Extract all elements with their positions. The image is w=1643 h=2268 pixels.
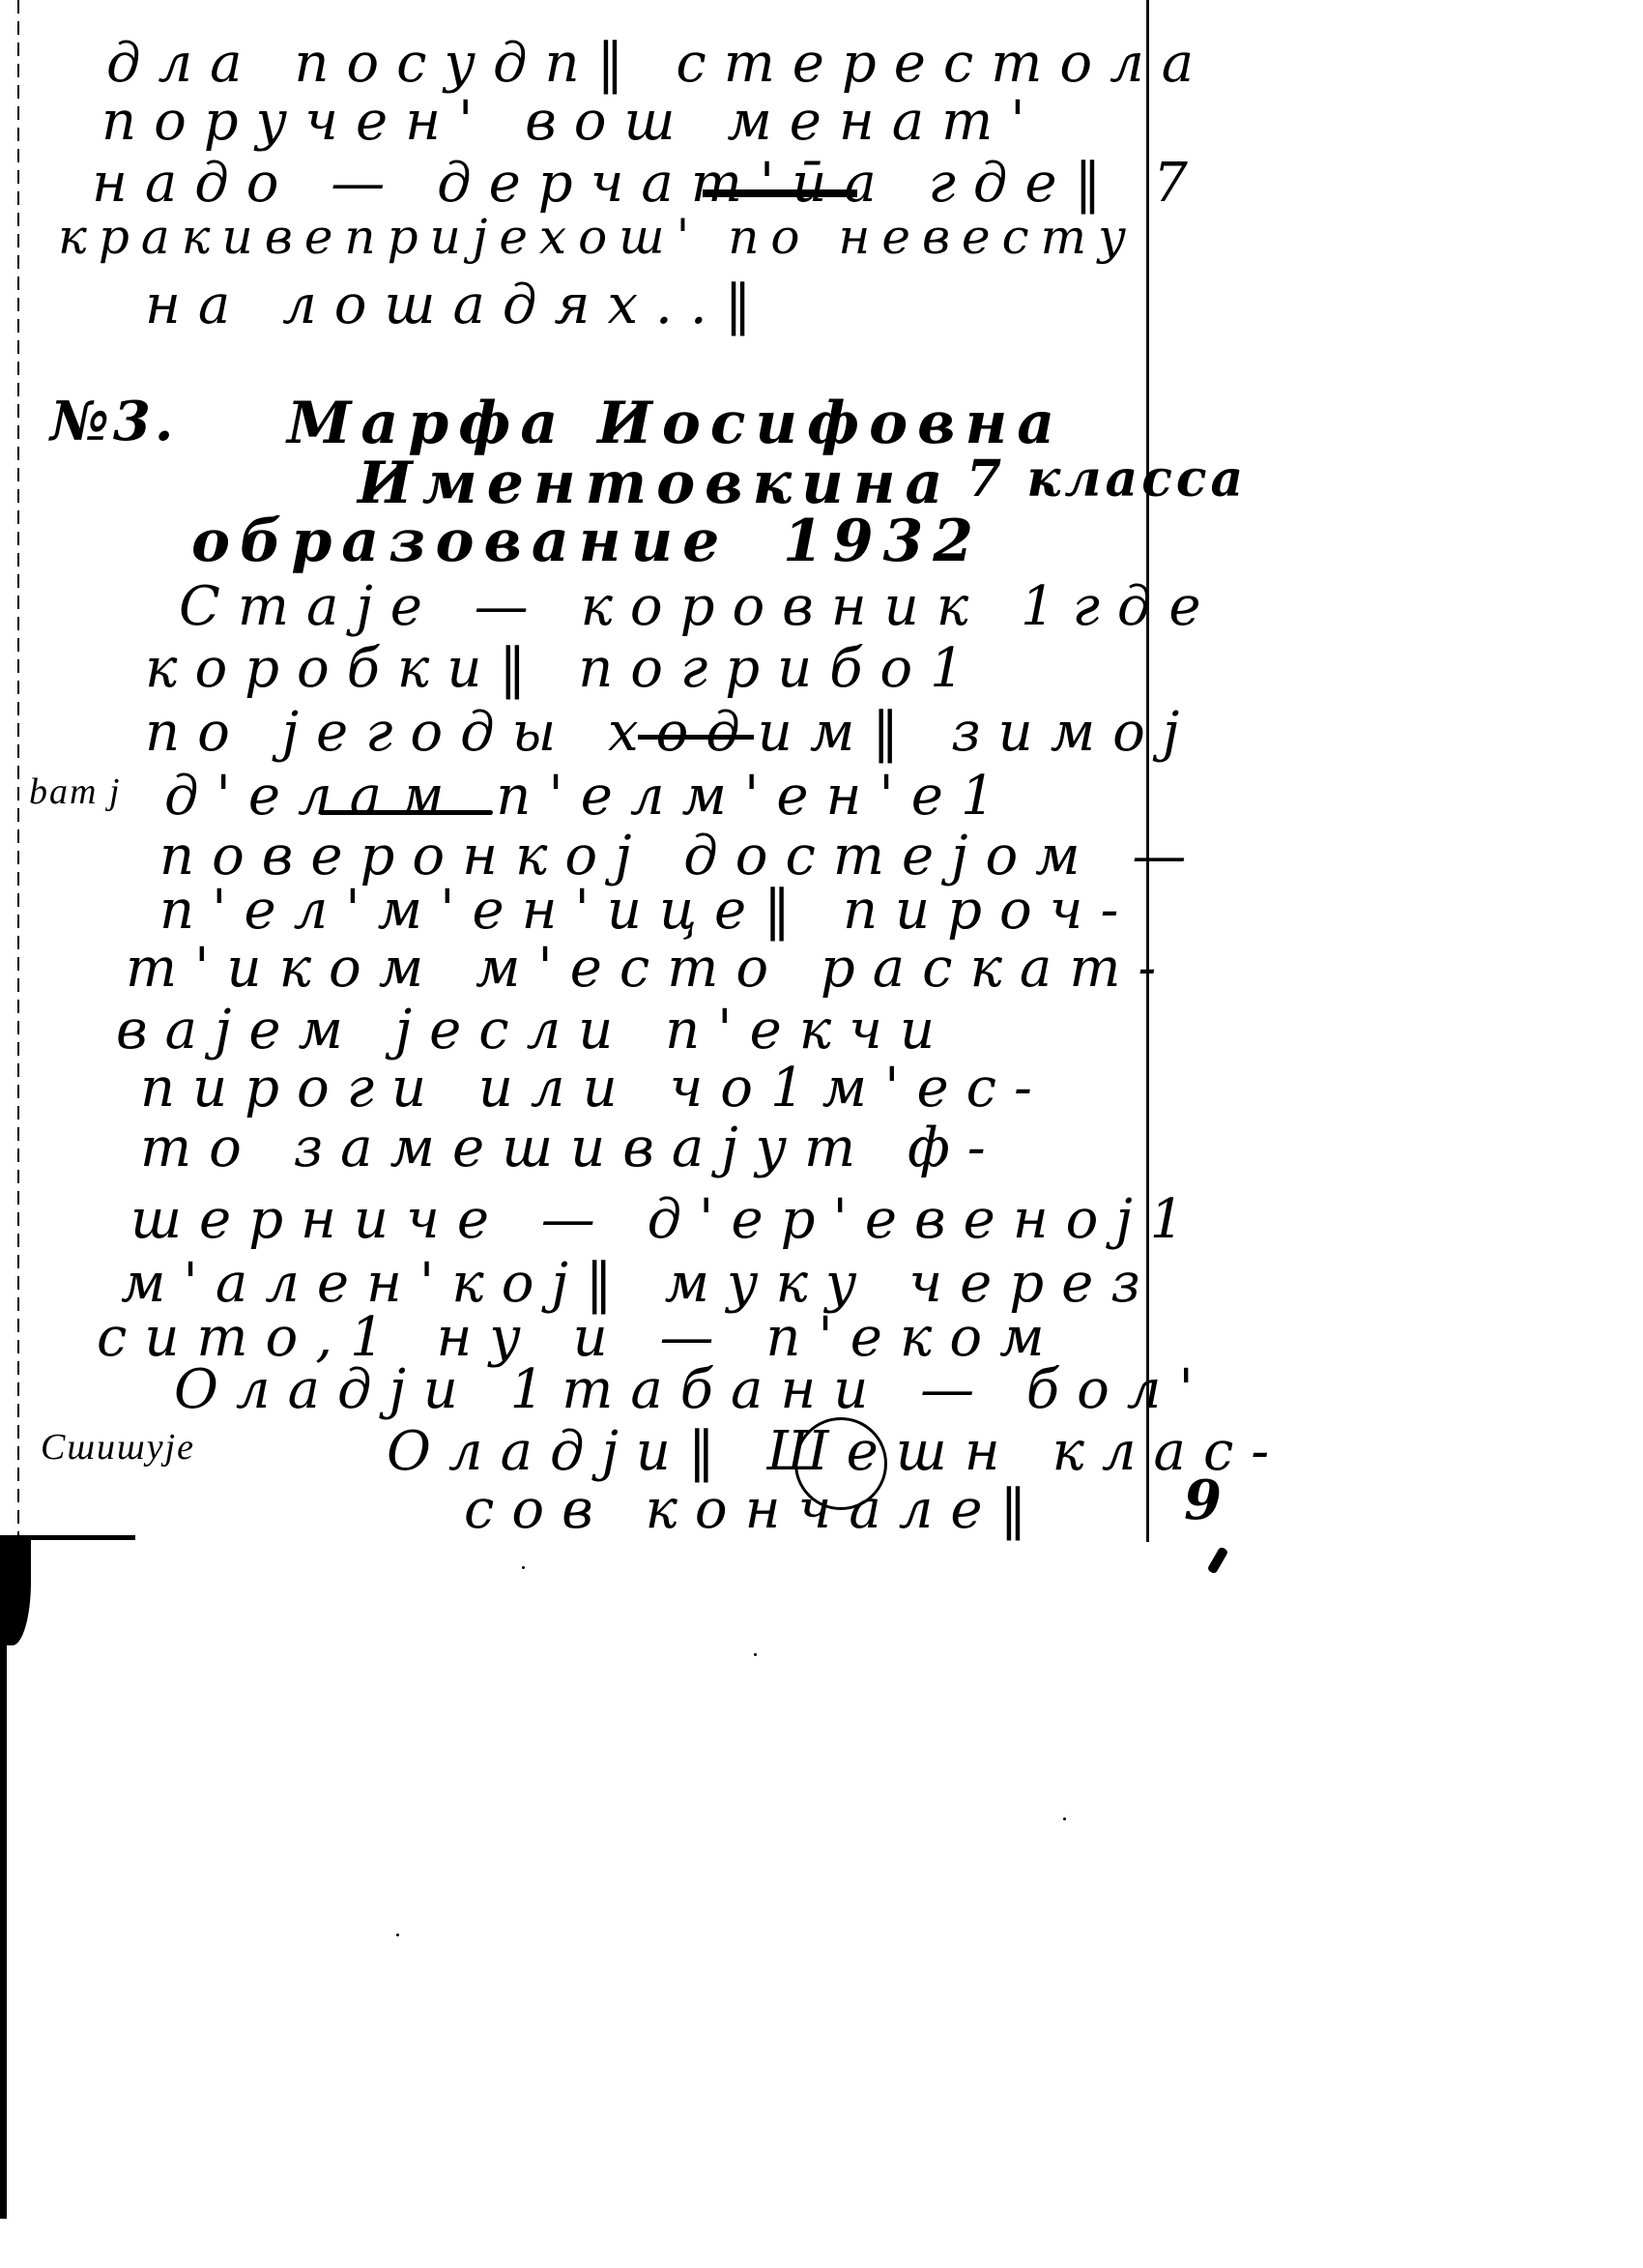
margin-note-1: bam j (29, 773, 122, 810)
top-line-3: надо — дерчат'ӣа где‖ 7 (92, 157, 1205, 211)
scan-speck (522, 1566, 525, 1569)
body-line-5: поверонкој достејом — (159, 829, 1203, 884)
top-line-2: поручен' вош менат' (101, 95, 1043, 149)
body-line-2: коробки‖ погрибо1 (145, 642, 982, 696)
top-line-1: дла посудп‖ стерестола (106, 37, 1211, 91)
scan-speck (754, 1653, 757, 1656)
body-line-4: д'елам п'елм'ен'е1 (164, 770, 1013, 824)
body-line-10: то замешивајут ф- (140, 1121, 1003, 1176)
body-line-3: по јегоды ходим‖ зимој (145, 706, 1196, 760)
left-margin-rule (17, 0, 19, 1542)
body-line-1: Стаје — коровник 1где (179, 580, 1219, 634)
scan-speck (1063, 1817, 1066, 1820)
strikethrough-mark (638, 735, 754, 740)
top-line-4: кракивепријехош' по невесту (58, 213, 1138, 261)
body-line-7: т'иком м'есто раскат- (126, 942, 1173, 996)
manuscript-page: дла посудп‖ стерестола поручен' вош мена… (0, 0, 1643, 2268)
ink-stroke (1207, 1546, 1229, 1574)
name-first: Марфа Иосифовна (287, 394, 1064, 452)
education-label: образование (191, 512, 729, 570)
margin-note-2: Сшишује (41, 1429, 195, 1466)
section-number: №3. (50, 394, 177, 449)
underline-mark (319, 810, 493, 815)
body-line-11: шерниче — д'ер'евеној1 (130, 1193, 1201, 1247)
name-surname: Иментовкина (358, 454, 952, 512)
body-line-8: вајем јесли п'екчи (116, 1003, 952, 1058)
year: 1932 (783, 512, 983, 570)
body-line-14: Оладји 1табани — бол' (174, 1363, 1211, 1417)
page-number: 9 (1184, 1473, 1225, 1527)
body-line-9: пироги или чо1м'ес- (140, 1061, 1050, 1116)
education-level: 7 класса (966, 454, 1247, 505)
body-line-16: сов кончале‖ (464, 1483, 1045, 1537)
scan-speck (396, 1934, 399, 1936)
body-line-13: сито,1 ну и — п'еком (97, 1311, 1062, 1365)
scan-edge-blot (0, 1539, 31, 1645)
body-line-12: м'ален'кој‖ муку через (121, 1257, 1158, 1311)
body-line-6: п'ел'м'ен'ице‖ пироч- (159, 884, 1136, 938)
strikethrough-mark (703, 189, 857, 197)
top-line-5: на лошадях..‖ (145, 278, 769, 333)
